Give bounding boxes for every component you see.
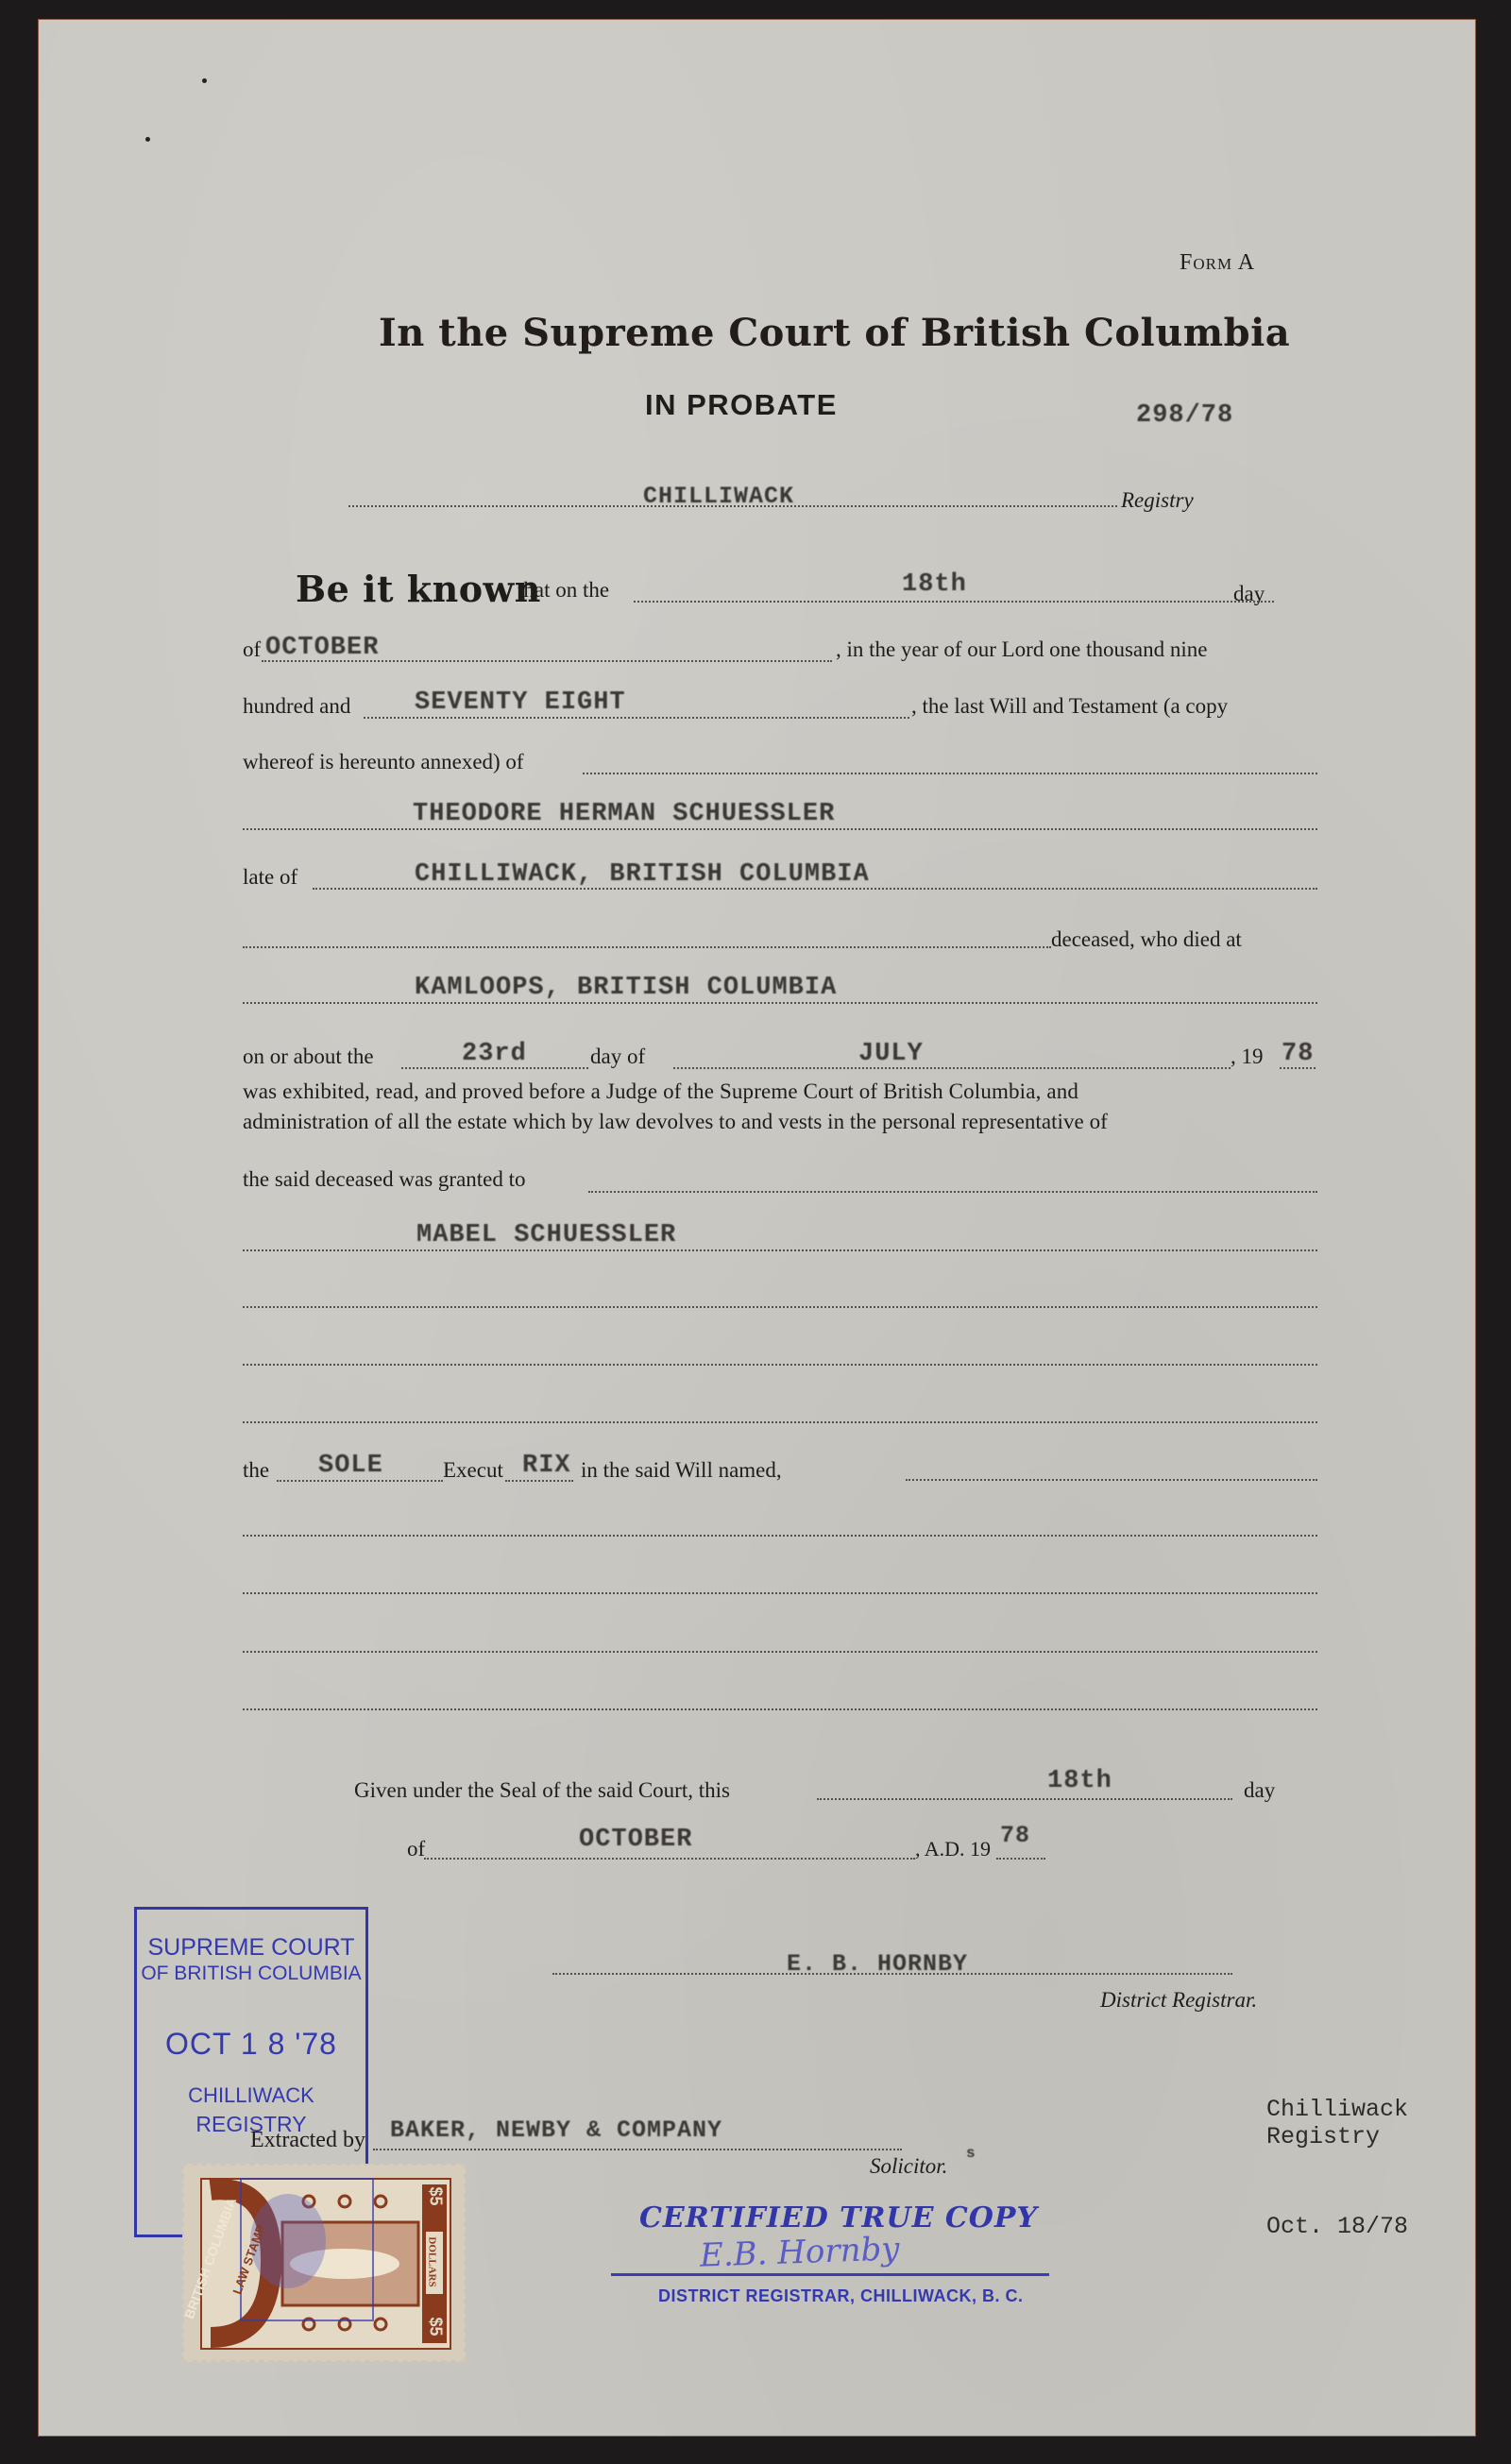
district-registrar-label: District Registrar. — [1100, 1988, 1257, 2013]
solicitor-label: Solicitor. — [870, 2154, 947, 2179]
whereof-dotted-line — [583, 773, 1317, 774]
seal-of-label: of — [407, 1837, 425, 1861]
solicitor-name-value: BAKER, NEWBY & COMPANY — [390, 2116, 722, 2144]
stamp-denomination-label: DOLLARS — [427, 2236, 438, 2286]
registry-note: Chilliwack Registry — [1266, 2096, 1408, 2150]
seal-year-value: 78 — [1000, 1822, 1030, 1849]
blank-dotted-line-1 — [243, 1306, 1317, 1308]
stamp-denomination-top: $5 — [426, 2186, 446, 2205]
form-label: Form A — [1180, 250, 1255, 276]
blank-dotted-line-3 — [243, 1421, 1317, 1423]
probate-heading: IN PROBATE — [645, 388, 838, 422]
seal-year-dotted-line — [996, 1858, 1045, 1860]
death-month-dotted-line — [673, 1067, 1231, 1069]
granted-dotted-line — [588, 1191, 1317, 1193]
law-stamp-artwork — [184, 2166, 464, 2360]
died-at-dotted-line — [243, 1002, 1317, 1004]
death-day-value: 23rd — [462, 1040, 527, 1068]
registry-value: CHILLIWACK — [643, 483, 794, 510]
registry-note-line-1: Chilliwack — [1266, 2096, 1408, 2123]
solicitor-plural-suffix: s — [966, 2145, 976, 2162]
ad-prefix: , A.D. 19 — [915, 1837, 991, 1861]
day-of-label: day of — [590, 1045, 645, 1069]
registrar-name-value: E. B. HORNBY — [787, 1950, 968, 1978]
died-at-value: KAMLOOPS, BRITISH COLUMBIA — [415, 974, 837, 1002]
proved-text-line-2: administration of all the estate which b… — [243, 1110, 1108, 1134]
late-of-label: late of — [243, 865, 297, 890]
late-of-value: CHILLIWACK, BRITISH COLUMBIA — [415, 860, 870, 889]
registry-note-date: Oct. 18/78 — [1266, 2213, 1408, 2240]
year-words-value: SEVENTY EIGHT — [415, 688, 626, 717]
deceased-name-value: THEODORE HERMAN SCHUESSLER — [413, 800, 835, 828]
stamp-date: OCT 1 8 '78 — [137, 2027, 365, 2062]
stamp-line-1: SUPREME COURT — [137, 1934, 365, 1962]
year-words-dotted-line — [364, 717, 909, 719]
sole-value: SOLE — [318, 1452, 383, 1480]
certification-caption: DISTRICT REGISTRAR, CHILLIWACK, B. C. — [658, 2286, 1024, 2306]
blank-dotted-line-6 — [243, 1651, 1317, 1653]
probate-month-value: OCTOBER — [265, 634, 379, 662]
registry-note-line-2: Registry — [1266, 2123, 1408, 2150]
death-year-value: 78 — [1282, 1040, 1314, 1068]
will-named-text: in the said Will named, — [581, 1458, 782, 1483]
probate-document-page: Form A In the Supreme Court of British C… — [38, 19, 1476, 2437]
stamp-line-2: OF BRITISH COLUMBIA — [137, 1963, 365, 1985]
be-it-known-heading: Be it known — [296, 568, 541, 610]
stamp-line-3: CHILLIWACK — [137, 2083, 365, 2108]
whereof-text: whereof is hereunto annexed) of — [243, 750, 524, 774]
grantee-value: MABEL SCHUESSLER — [416, 1221, 676, 1249]
seal-month-dotted-line — [424, 1858, 915, 1860]
day-dotted-line — [634, 601, 1274, 603]
deceased-dotted-line — [243, 946, 1051, 948]
of-label: of — [243, 637, 261, 662]
that-on-the-text: that on the — [518, 578, 609, 603]
day-label: day — [1233, 582, 1265, 606]
execut-dotted-line — [505, 1480, 573, 1482]
seal-month-value: OCTOBER — [579, 1826, 692, 1854]
blank-dotted-line-7 — [243, 1708, 1317, 1710]
seal-day-value: 18th — [1047, 1767, 1112, 1795]
court-title: In the Supreme Court of British Columbia — [379, 311, 1290, 355]
seal-day-dotted-line — [817, 1798, 1232, 1800]
certified-true-copy-stamp: CERTIFIED TRUE COPY — [639, 2201, 1038, 2235]
blank-dotted-line-5 — [243, 1592, 1317, 1594]
stamp-denomination-bottom: $5 — [426, 2317, 446, 2336]
deceased-name-dotted-line — [243, 828, 1317, 830]
blank-dotted-line-2 — [243, 1364, 1317, 1366]
will-and-testament-text: , the last Will and Testament (a copy — [911, 694, 1228, 719]
registrar-signature: E.B. Hornby — [699, 2230, 900, 2274]
on-or-about-text: on or about the — [243, 1045, 374, 1069]
deceased-who-died-text: deceased, who died at — [1051, 927, 1242, 952]
sole-dotted-line — [277, 1480, 443, 1482]
punch-hole-mark — [145, 137, 150, 142]
registry-label: Registry — [1121, 488, 1194, 513]
signature-underline — [611, 2273, 1049, 2276]
execut-suffix-value: RIX — [522, 1452, 571, 1480]
proved-text-line-1: was exhibited, read, and proved before a… — [243, 1079, 1078, 1104]
extracted-by-label: Extracted by — [250, 2128, 365, 2153]
bc-law-stamp: $5 DOLLARS $5 BRITISH COLUMBIA LAW STAMP — [182, 2164, 466, 2362]
death-month-value: JULY — [858, 1040, 924, 1068]
year-of-lord-text: , in the year of our Lord one thousand n… — [836, 637, 1207, 662]
blank-dotted-line-4 — [243, 1535, 1317, 1537]
grantee-dotted-line — [243, 1249, 1317, 1251]
execut-label: Execut — [443, 1458, 503, 1483]
hundred-and-label: hundred and — [243, 694, 350, 719]
punch-hole-mark — [202, 78, 207, 83]
given-under-seal-text: Given under the Seal of the said Court, … — [354, 1778, 730, 1803]
solicitor-dotted-line — [373, 2149, 902, 2150]
file-number: 298/78 — [1136, 401, 1233, 430]
will-named-dotted-line — [906, 1479, 1317, 1481]
the-label: the — [243, 1458, 269, 1483]
granted-to-text: the said deceased was granted to — [243, 1167, 526, 1192]
probate-day-value: 18th — [902, 570, 967, 599]
seal-day-label: day — [1244, 1778, 1275, 1803]
century-prefix: , 19 — [1231, 1045, 1264, 1069]
